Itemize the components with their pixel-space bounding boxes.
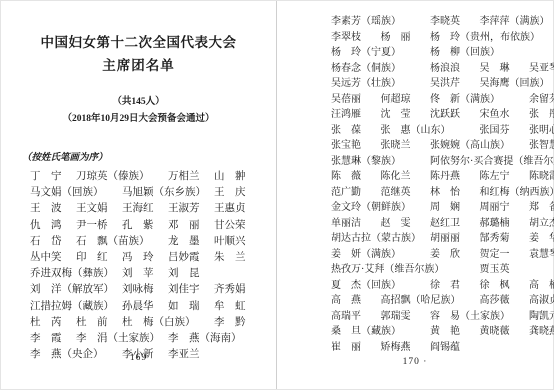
delegate-name: 叶顺兴 — [214, 234, 260, 250]
name-row: 单丽洁赵 雯赵红卫郝璐楠胡立杰 — [331, 216, 553, 232]
stroke-order-note: （按姓氏笔画为序） — [22, 149, 276, 163]
delegate-name: 林 怡 — [430, 185, 480, 201]
delegate-name: 高 燕 — [331, 293, 381, 309]
delegate-name: 和红梅（纳西族） — [480, 185, 554, 201]
delegate-name: 李 涓（土家族） — [76, 331, 168, 347]
delegate-name: 王 波 — [30, 201, 76, 217]
name-row: 夏 杰（回族）徐 君徐 枫高 楠 — [331, 278, 553, 294]
delegate-name: 高 楠 — [529, 278, 554, 294]
delegate-name: 贾玉英 — [480, 262, 530, 278]
delegate-name: 印 红 — [76, 250, 122, 266]
name-row: 范广勤范继英林 怡和红梅（纳西族） — [331, 185, 553, 201]
name-row: 吴蓓丽何超琼佟 新（满族）余留芬 — [331, 92, 553, 108]
delegate-name: 张婉婉（高山族） — [430, 138, 529, 154]
delegate-name: 张明心 — [529, 123, 554, 139]
delegate-name: 刘 苹 — [122, 266, 168, 282]
delegate-name: 刀琼英（傣族） — [76, 169, 168, 185]
delegate-name: 邓 丽 — [168, 218, 214, 234]
delegate-name: 桑 旦（藏族） — [331, 324, 430, 340]
delegate-name: 阿依努尔·买合赛提（维吾尔族） — [430, 154, 554, 170]
delegate-name: 胡达古拉（蒙古族） — [331, 231, 430, 247]
name-row: 李 霞李 涓（土家族）李 燕（海南） — [30, 331, 276, 347]
delegate-name: 矫梅燕 — [381, 340, 431, 356]
delegate-name: 范广勤 — [331, 185, 381, 201]
delegate-name: 张 葆 — [331, 123, 381, 139]
approval-date-note: （2018年10月29日大会预备会通过） — [1, 110, 276, 124]
delegate-name: 周 娴 — [430, 200, 480, 216]
delegate-name: 高瑞平 — [331, 309, 381, 325]
delegate-name: 冯 玲 — [122, 250, 168, 266]
delegate-name: 金文玲（朝鲜族） — [331, 200, 430, 216]
delegate-name: 杨 丽 — [381, 30, 431, 46]
delegate-name: 陈 薇 — [331, 169, 381, 185]
delegate-name: 张 惠（山东） — [381, 123, 480, 139]
delegate-name: 吴亚琴 — [529, 61, 554, 77]
delegate-name: 杨 玲（宁夏） — [331, 45, 430, 61]
name-row: 刘 洋（解放军）刘咏梅刘佳宇齐秀娟 — [30, 282, 276, 298]
name-row: 姜 妍（满族）姜 欣贺定一袁慧琴 — [331, 247, 553, 263]
right-page: 李素芳（瑶族）李晓英李萍萍（满族）李翠枝杨 丽杨 玲（贵州，布依族）杨 玲（宁夏… — [277, 1, 553, 389]
delegate-name: 阎锡蕴 — [430, 340, 480, 356]
delegate-name: 张智慧 — [529, 138, 554, 154]
delegate-name: 佟 新（满族） — [430, 92, 529, 108]
document-title-line2: 主席团名单 — [1, 54, 276, 74]
name-row: 马文娟（回族）马旭颖（东乡族）王 庆 — [30, 185, 276, 201]
delegate-name: 张慧琳（黎族） — [331, 154, 430, 170]
name-list-right: 李素芳（瑶族）李晓英李萍萍（满族）李翠枝杨 丽杨 玲（贵州，布依族）杨 玲（宁夏… — [277, 1, 553, 355]
delegate-name: 陈晓霞 — [529, 169, 554, 185]
delegate-name: 王惠贞 — [214, 201, 260, 217]
delegate-name: 姜 妍（满族） — [331, 247, 430, 263]
delegate-name: 姜 华 — [529, 231, 554, 247]
delegate-name: 刘 洋（解放军） — [30, 282, 122, 298]
delegate-name: 赵 雯 — [381, 216, 431, 232]
name-row: 吴远芳（壮族）吴洪芹吴海鹰（回族） — [331, 76, 553, 92]
delegate-name: 陈化兰 — [381, 169, 431, 185]
name-row: 汪鸿雁沈 莹沈跃跃宋鱼水张 彤 — [331, 107, 553, 123]
delegate-name: 王淑芳 — [168, 201, 214, 217]
name-row: 杨春念（侗族）杨浪浪吴 琳吴亚琴 — [331, 61, 553, 77]
delegate-name: 石 岱 — [30, 234, 76, 250]
delegate-name: 吴远芳（壮族） — [331, 76, 430, 92]
delegate-name: 胡立杰 — [529, 216, 554, 232]
book-spread: 中国妇女第十二次全国代表大会 主席团名单 （共145人） （2018年10月29… — [0, 0, 554, 390]
delegate-name: 山 翀 — [214, 169, 260, 185]
name-row: 高瑞平郭瑞雯容 易（土家族）陶凯元 — [331, 309, 553, 325]
delegate-name: 杨浪浪 — [430, 61, 480, 77]
delegate-name: 高莎薇 — [480, 293, 530, 309]
delegate-name: 马旭颖（东乡族） — [122, 185, 214, 201]
delegate-name: 沈跃跃 — [430, 107, 480, 123]
name-row: 李素芳（瑶族）李晓英李萍萍（满族） — [331, 14, 553, 30]
delegate-name: 刘佳宇 — [168, 282, 214, 298]
delegate-name: 孙晨华 — [122, 299, 168, 315]
delegate-name: 余留芬 — [529, 92, 554, 108]
delegate-name: 尹一桥 — [76, 218, 122, 234]
delegate-name: 黄 艳 — [430, 324, 480, 340]
name-row: 丛中笑印 红冯 玲吕妙霞朱 兰 — [30, 250, 276, 266]
delegate-name: 吕妙霞 — [168, 250, 214, 266]
delegate-name: 万相兰 — [168, 169, 214, 185]
name-row: 张 葆张 惠（山东）张国芬张明心 — [331, 123, 553, 139]
delegate-name: 郑 备 — [529, 200, 554, 216]
delegate-name: 胡丽丽 — [430, 231, 480, 247]
delegate-name: 李萍萍（满族） — [480, 14, 554, 30]
delegate-name: 郜秀菊 — [480, 231, 530, 247]
delegate-name: 孔 紫 — [122, 218, 168, 234]
name-row: 丁 宁刀琼英（傣族）万相兰山 翀 — [30, 169, 276, 185]
name-row: 桑 旦（藏族）黄 艳黄晓薇龚晓燕 — [331, 324, 553, 340]
delegate-name: 黄晓薇 — [480, 324, 530, 340]
delegate-name: 王文娟 — [76, 201, 122, 217]
delegate-name: 陈左宁 — [480, 169, 530, 185]
delegate-name: 王海红 — [122, 201, 168, 217]
delegate-name: 陈丹燕 — [430, 169, 480, 185]
delegate-name: 郭瑞雯 — [381, 309, 431, 325]
delegate-name: 丁 宁 — [30, 169, 76, 185]
name-row: 张慧琳（黎族）阿依努尔·买合赛提（维吾尔族） — [331, 154, 553, 170]
delegate-name: 赵红卫 — [430, 216, 480, 232]
delegate-name: 杨春念（侗族） — [331, 61, 430, 77]
name-row: 杨 玲（宁夏）杨 柳（回族） — [331, 45, 553, 61]
page-number-right: 170 · — [277, 357, 553, 367]
name-row: 陈 薇陈化兰陈丹燕陈左宁陈晓霞 — [331, 169, 553, 185]
delegate-name: 李 霞 — [30, 331, 76, 347]
delegate-name: 王 庆 — [214, 185, 260, 201]
delegate-name: 杜 芮 — [30, 315, 76, 331]
name-row: 胡达古拉（蒙古族）胡丽丽郜秀菊姜 华 — [331, 231, 553, 247]
delegate-name: 贺定一 — [480, 247, 530, 263]
delegate-name: 张国芬 — [480, 123, 530, 139]
delegate-name: 何超琼 — [381, 92, 431, 108]
delegate-name: 李 黔 — [214, 315, 260, 331]
delegate-name: 姜 欣 — [430, 247, 480, 263]
delegate-name: 如 瑞 — [168, 299, 214, 315]
page-number-left: 169 — [1, 353, 276, 363]
delegate-name: 丛中笑 — [30, 250, 76, 266]
name-row: 乔进双梅（彝族）刘 苹刘 昆 — [30, 266, 276, 282]
delegate-name: 容 易（土家族） — [430, 309, 529, 325]
member-count-note: （共145人） — [1, 93, 276, 107]
delegate-name: 吴洪芹 — [430, 76, 480, 92]
delegate-name: 刘咏梅 — [122, 282, 168, 298]
delegate-name: 高招飘（哈尼族） — [381, 293, 480, 309]
name-row: 崔 丽矫梅燕阎锡蕴 — [331, 340, 553, 356]
name-row: 江措拉姆（藏族）孙晨华如 瑞牟 虹 — [30, 299, 276, 315]
delegate-name: 龙 墨 — [168, 234, 214, 250]
delegate-name: 陶凯元 — [529, 309, 554, 325]
delegate-name: 李晓英 — [430, 14, 480, 30]
delegate-name: 徐 君 — [430, 278, 480, 294]
name-row: 王 波王文娟王海红王淑芳王惠贞 — [30, 201, 276, 217]
delegate-name: 沈 莹 — [381, 107, 431, 123]
delegate-name: 宋鱼水 — [480, 107, 530, 123]
delegate-name: 徐 枫 — [480, 278, 530, 294]
delegate-name: 热孜万·艾拜（维吾尔族） — [331, 262, 480, 278]
delegate-name: 李素芳（瑶族） — [331, 14, 430, 30]
delegate-name: 龚晓燕 — [529, 324, 554, 340]
delegate-name: 单丽洁 — [331, 216, 381, 232]
name-row: 李翠枝杨 丽杨 玲（贵州，布依族） — [331, 30, 553, 46]
delegate-name: 吴海鹰（回族） — [480, 76, 554, 92]
delegate-name: 杜 前 — [76, 315, 122, 331]
name-row: 热孜万·艾拜（维吾尔族）贾玉英 — [331, 262, 553, 278]
delegate-name: 吴 琳 — [480, 61, 530, 77]
delegate-name: 江措拉姆（藏族） — [30, 299, 122, 315]
delegate-name: 乔进双梅（彝族） — [30, 266, 122, 282]
delegate-name: 郝璐楠 — [480, 216, 530, 232]
delegate-name: 齐秀娟 — [214, 282, 260, 298]
delegate-name: 袁慧琴 — [529, 247, 554, 263]
delegate-name: 高淑贞 — [529, 293, 554, 309]
delegate-name: 汪鸿雁 — [331, 107, 381, 123]
delegate-name: 杜 梅（白族） — [122, 315, 214, 331]
delegate-name: 石 飘（苗族） — [76, 234, 168, 250]
name-row: 张宝艳张晓兰张婉婉（高山族）张智慧 — [331, 138, 553, 154]
delegate-name: 杨 玲（贵州，布依族） — [430, 30, 554, 46]
delegate-name: 张晓兰 — [381, 138, 431, 154]
delegate-name: 范继英 — [381, 185, 431, 201]
name-row: 杜 芮杜 前杜 梅（白族）李 黔 — [30, 315, 276, 331]
delegate-name: 周丽宁 — [480, 200, 530, 216]
delegate-name: 牟 虹 — [214, 299, 260, 315]
delegate-name: 仇 鸿 — [30, 218, 76, 234]
name-row: 石 岱石 飘（苗族）龙 墨叶顺兴 — [30, 234, 276, 250]
delegate-name: 李 燕（海南） — [168, 331, 260, 347]
left-page: 中国妇女第十二次全国代表大会 主席团名单 （共145人） （2018年10月29… — [1, 1, 277, 389]
delegate-name: 吴蓓丽 — [331, 92, 381, 108]
delegate-name: 刘 昆 — [168, 266, 214, 282]
delegate-name: 张 彤 — [529, 107, 554, 123]
delegate-name: 甘公荣 — [214, 218, 260, 234]
name-row: 金文玲（朝鲜族）周 娴周丽宁郑 备 — [331, 200, 553, 216]
name-row: 仇 鸿尹一桥孔 紫邓 丽甘公荣 — [30, 218, 276, 234]
delegate-name: 杨 柳（回族） — [430, 45, 529, 61]
delegate-name: 马文娟（回族） — [30, 185, 122, 201]
delegate-name: 夏 杰（回族） — [331, 278, 430, 294]
delegate-name: 李翠枝 — [331, 30, 381, 46]
name-row: 高 燕高招飘（哈尼族）高莎薇高淑贞 — [331, 293, 553, 309]
document-title-line1: 中国妇女第十二次全国代表大会 — [1, 31, 276, 51]
delegate-name: 崔 丽 — [331, 340, 381, 356]
name-list-left: 丁 宁刀琼英（傣族）万相兰山 翀马文娟（回族）马旭颖（东乡族）王 庆王 波王文娟… — [1, 169, 276, 363]
delegate-name: 张宝艳 — [331, 138, 381, 154]
delegate-name: 朱 兰 — [214, 250, 260, 266]
